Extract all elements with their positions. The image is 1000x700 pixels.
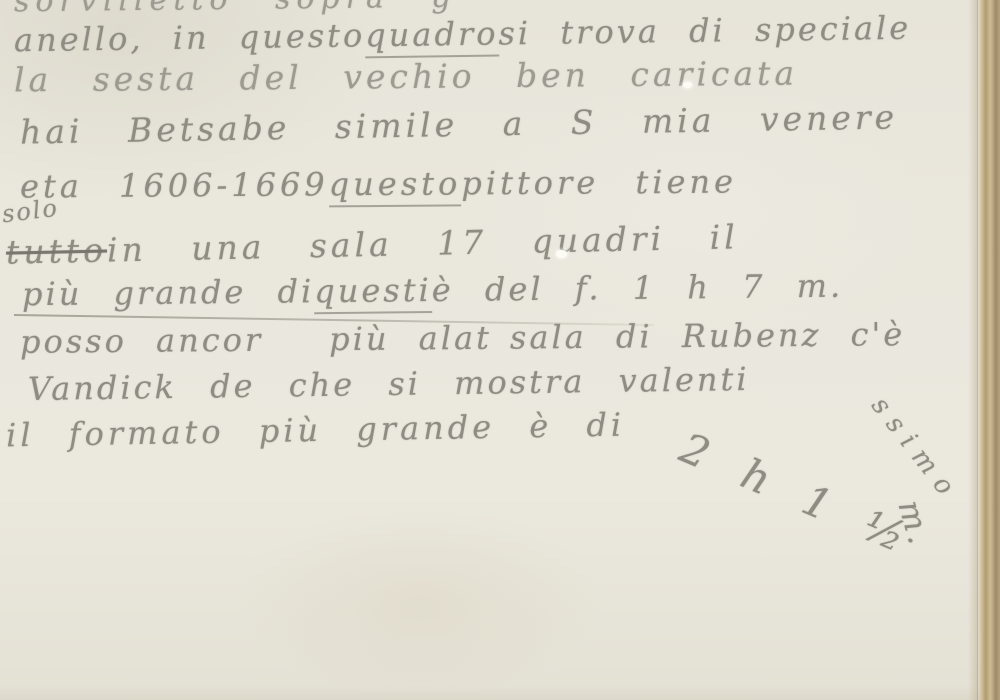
line7-text-end: sala di Rubenz c'è <box>510 316 906 356</box>
underlined-word-questi: questi <box>314 272 432 314</box>
handwritten-line-2: la sesta del vechio ben caricata <box>14 55 798 100</box>
line5-text-end: in una sala 17 quadri il <box>107 218 740 269</box>
notebook-page-scan: sorvilletto sopra g anello, in questo qu… <box>0 0 1000 700</box>
handwritten-line-7: posso ancorpiù alatsala di Rubenz c'è <box>20 316 906 361</box>
line6-text-end: è del f. 1 h 7 m. <box>432 268 844 309</box>
book-page-edge <box>977 0 1000 700</box>
line6-text-start: più grande di <box>22 273 315 313</box>
handwritten-line-4: eta 1606-1669 questo pittore tiene <box>20 163 737 209</box>
cascading-word-ending-ssimo: ssimo <box>864 392 965 509</box>
underlined-word-quadro: quadro <box>365 16 499 59</box>
margin-correction-solo: solo <box>1 195 61 229</box>
line7-text-middle: più alat <box>329 320 492 358</box>
line4-text-start: eta 1606-1669 <box>20 166 329 205</box>
line1-text-start: anello, in questo <box>14 17 366 59</box>
dimension-figures-2h1half: 2 h 1 ½ <box>673 424 923 567</box>
paper-fleck <box>683 82 692 88</box>
line1-text-end: si trova di speciale <box>498 10 911 53</box>
line7-text-start: posso ancor <box>20 322 264 361</box>
handwritten-line-6: più grande di questi è del f. 1 h 7 m. <box>22 268 844 317</box>
handwritten-line-9: il formato più grande è di <box>6 407 626 455</box>
page-edge-shadow <box>968 0 977 700</box>
underlined-word-questo: questo <box>329 165 462 207</box>
struck-word-tutto: tutto <box>6 232 108 272</box>
paper-fleck <box>556 250 567 258</box>
handwritten-line-3: hai Betsabe simile a S mia venere <box>20 98 899 151</box>
handwritten-line-5: tutto in una sala 17 quadri il <box>6 218 739 271</box>
line4-text-end: pittore tiene <box>461 163 737 202</box>
handwritten-line-8: Vandick de che si mostra valenti <box>28 361 750 408</box>
